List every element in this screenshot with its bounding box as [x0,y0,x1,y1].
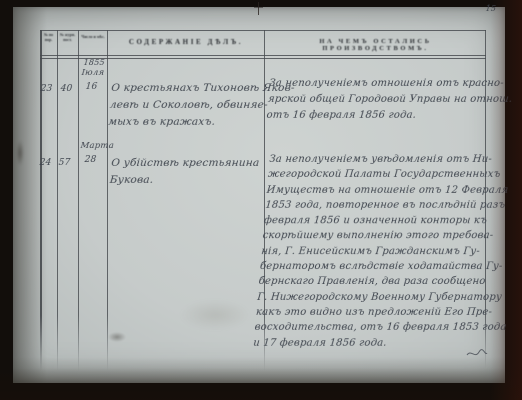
text-line: За неполученіемъ увѣдомленія отъ Ни- [269,152,522,167]
text-line: ярской общей Городовой Управы на отнош. [267,92,513,108]
column-header-journal-no: № журн. пост. [58,33,77,42]
text-line: бернаторомъ вслѣдствіе ходатайства Гу- [259,259,512,274]
row2-day: 28 [84,155,97,165]
text-line: скорѣйшему выполненію этого требова- [262,228,515,243]
column-header-content: СОДЕРЖАНІЕ ДѢЛЪ. [110,38,262,46]
text-line: Букова. [109,172,259,189]
text-line: восходительства, отъ 16 февраля 1853 год… [254,320,507,335]
page-number: 15 [485,4,496,13]
fold-mark [258,2,259,15]
text-line: Имуществъ на отношеніе отъ 12 Февраля [266,183,519,198]
table-left-border [40,30,42,378]
text-line: Г. Нижегородскому Военному Губернатору [257,290,510,305]
text-line: нія, Г. Енисейскимъ Гражданскимъ Гу- [261,244,514,259]
document-photo: 15 № по пор. № журн. пост. Число и мѣс. … [0,0,522,400]
text-line: какъ это видно изъ предложеній Его Пре- [255,305,508,320]
row2-journal-no: 57 [58,158,71,168]
text-line: 1853 года, повторенное въ послѣдній разъ [265,198,518,213]
text-line: О убійствѣ крестьянина [111,155,261,172]
row1-month: Іюля [81,68,105,78]
page-bottom-shadow [13,357,505,383]
column-rule-2 [78,30,79,378]
row2-status-text: За неполученіемъ увѣдомленія отъ Ни- жег… [253,152,522,351]
text-line: жегородской Палаты Государственныхъ [267,167,520,182]
row1-year: 1855 [83,58,105,67]
row2-order-no: 24 [39,158,52,168]
signature-flourish [466,348,488,360]
text-line: За неполученіемъ отношенія отъ красно- [269,76,515,92]
row2-month: Марта [80,141,114,151]
row2-content-text: О убійствѣ крестьянина Букова. [109,155,260,189]
row1-journal-no: 40 [60,84,73,94]
column-rule-3 [107,30,108,378]
column-header-status: НА ЧЕМЪ ОСТАЛИСЬ ПРОИЗВОДСТВОМЪ. [268,38,483,52]
text-line: мыхъ въ кражахъ. [108,114,293,131]
row1-order-no: 23 [40,84,53,94]
column-rule-1 [57,30,58,378]
row1-day: 16 [85,82,98,92]
text-line: бернскаго Правленія, два раза сообщено [258,274,511,289]
text-line: февраля 1856 и означенной конторы къ [263,213,516,228]
column-header-date: Число и мѣс. [80,35,106,40]
row1-status-text: За неполученіемъ отношенія отъ красно- я… [266,76,514,124]
fold-mark-cross [254,7,263,8]
text-line: отъ 16 февраля 1856 года. [266,108,512,124]
column-header-order-no: № по пор. [41,33,56,42]
